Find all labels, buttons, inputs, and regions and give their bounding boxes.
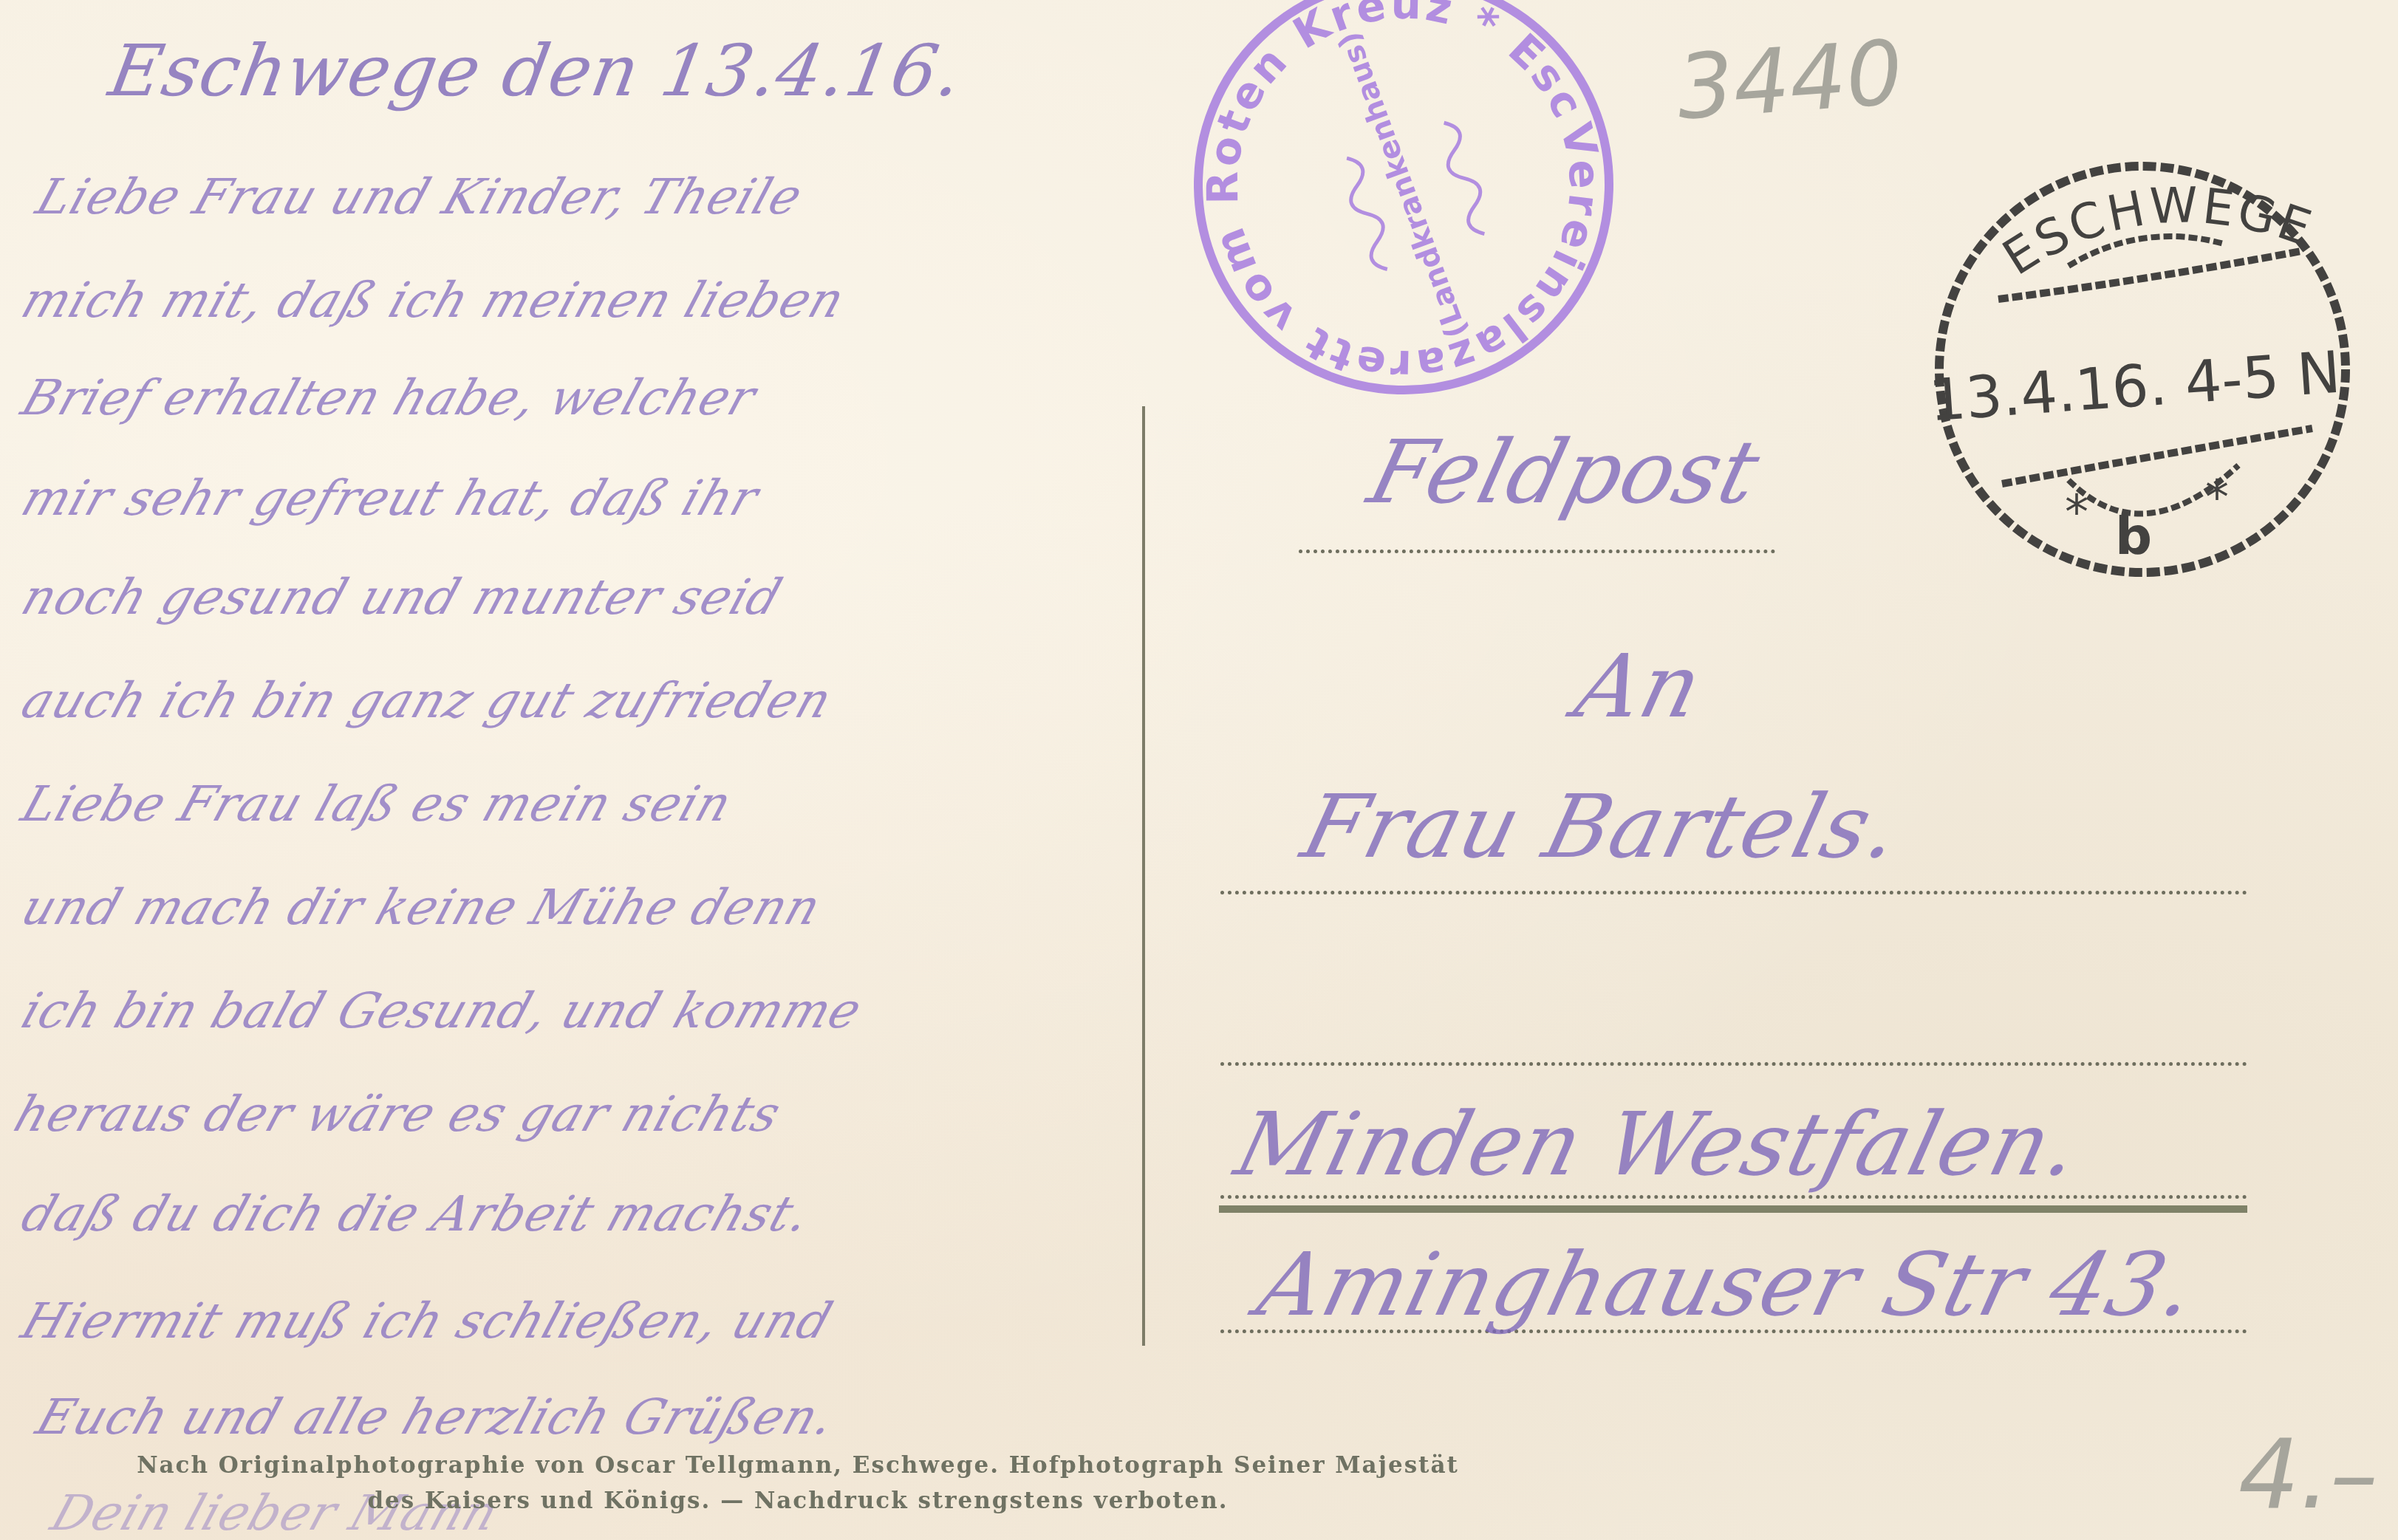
message-line: auch ich bin ganz gut zufrieden	[15, 672, 839, 729]
message-line: heraus der wäre es gar nichts	[7, 1086, 788, 1143]
eschwege-postmark: ESCHWEGE 13.4.16. 4-5 N * * b	[1913, 140, 2371, 598]
address-line-4	[1220, 1195, 2247, 1199]
message-line: Liebe Frau und Kinder, Theile	[30, 168, 810, 225]
vertical-divider	[1142, 406, 1145, 1346]
postmark-star-right: *	[2205, 470, 2229, 525]
message-line: Brief erhalten habe, welcher	[15, 369, 763, 426]
message-line: mir sehr gefreut hat, daß ihr	[15, 470, 766, 527]
address-line-1	[1299, 550, 1775, 553]
message-line: Euch und alle herzlich Grüßen.	[30, 1389, 842, 1445]
message-line: und mach dir keine Mühe denn	[15, 879, 828, 936]
message-line: daß du dich die Arbeit machst.	[15, 1185, 818, 1242]
message-date-line: Eschwege den 13.4.16.	[103, 30, 969, 112]
address-recipient: Frau Bartels.	[1293, 776, 1910, 877]
message-line: Hiermit muß ich schließen, und	[15, 1293, 840, 1349]
message-line: mich mit, daß ich meinen lieben	[15, 272, 852, 329]
address-line-3	[1220, 1062, 2247, 1066]
message-line: noch gesund und munter seid	[15, 569, 789, 626]
publisher-credit-line-2: des Kaisers und Königs. — Nachdruck stre…	[0, 1488, 1596, 1514]
publisher-credit-line-1: Nach Originalphotographie von Oscar Tell…	[0, 1452, 1596, 1479]
pencil-price-mark: 4.–	[2238, 1418, 2378, 1530]
message-line: ich bin bald Gesund, und komme	[15, 982, 869, 1039]
pencil-number: 3440	[1674, 22, 1906, 140]
postmark-date: 13.4.16. 4-5 N	[1927, 340, 2343, 435]
address-an: An	[1566, 635, 1712, 737]
destination-underline	[1219, 1205, 2247, 1213]
hospital-cachet-stamp: Vereinslazarett vom Roten Kreuz * Eschwe…	[1138, 0, 1670, 451]
postmark-star-left: *	[2065, 485, 2088, 540]
address-street: Aminghauser Str 43.	[1248, 1233, 2206, 1335]
address-line-2	[1220, 891, 2247, 894]
hospital-stamp-center-text: (Landkrankenhaus)	[1332, 27, 1475, 342]
message-line: Liebe Frau laß es mein sein	[15, 776, 739, 832]
postcard-back: Eschwege den 13.4.16. Liebe Frau und Kin…	[0, 0, 2398, 1540]
address-city: Minden Westfalen.	[1226, 1093, 2090, 1195]
postmark-letter: b	[2115, 506, 2152, 567]
